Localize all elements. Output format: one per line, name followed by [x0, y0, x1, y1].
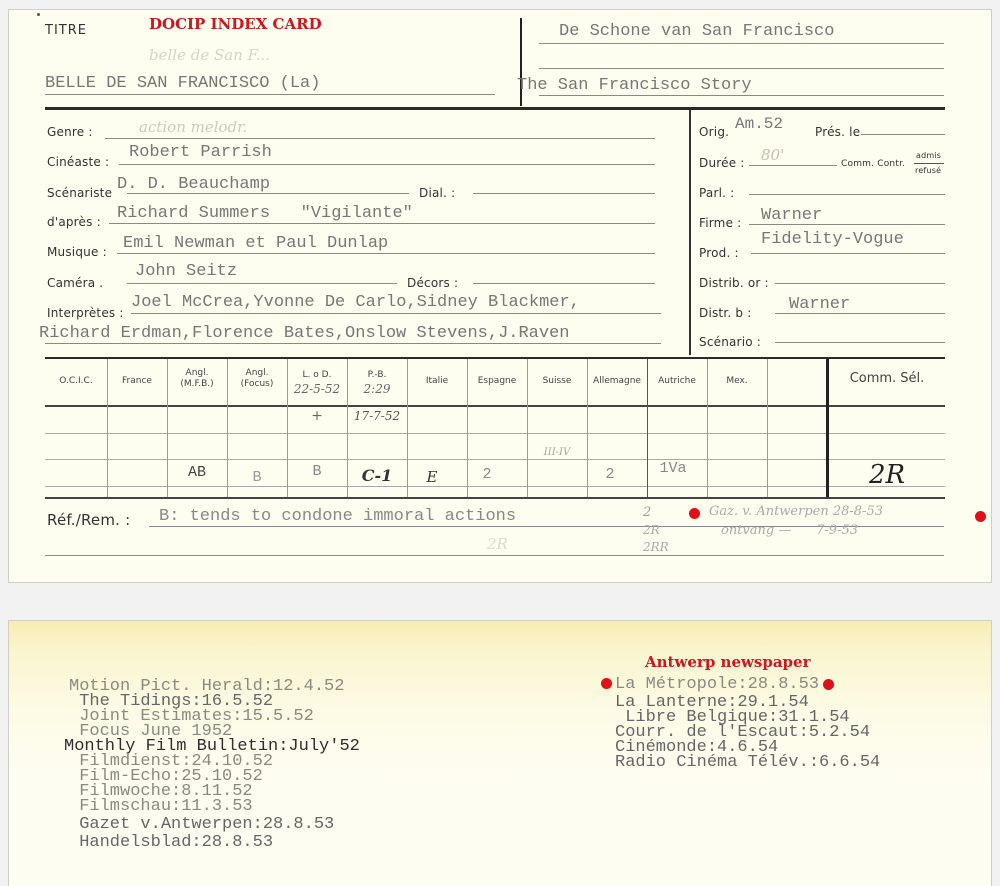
red-dot-marker: [975, 511, 986, 522]
cell-allemagne: 2: [587, 466, 633, 483]
handwritten-ontvang-note: ontvang — 7-9-53: [721, 523, 858, 538]
antwerp-annotation: Antwerp newspaper: [645, 653, 811, 671]
cell-lod: B: [287, 463, 347, 480]
rule: [45, 433, 945, 434]
genre-label: Genre :: [47, 125, 93, 139]
handwritten-gazet-note: Gaz. v. Antwerpen 28-8-53: [709, 504, 883, 519]
rule: [45, 94, 495, 95]
press-item: La Métropole:28.8.53: [615, 677, 819, 692]
musique-label: Musique :: [47, 245, 107, 259]
rule: [127, 283, 397, 284]
firme-value: Warner: [761, 206, 822, 225]
th-allemagne: Allemagne: [587, 376, 647, 387]
th-ocic: O.C.I.C.: [45, 376, 107, 387]
cell-angl-focus: B: [227, 469, 287, 486]
th-italie: Italie: [407, 376, 467, 387]
table-bottom-border: [45, 497, 945, 499]
rule: [117, 253, 655, 254]
handwritten-note-2r: 2R: [643, 523, 660, 537]
rule: [119, 164, 655, 165]
th-france: France: [107, 376, 167, 387]
rule: [45, 343, 661, 344]
distrib-or-label: Distrib. or :: [699, 276, 769, 290]
title-label: TITRE: [45, 23, 87, 38]
dutch-title: De Schone van San Francisco: [559, 22, 834, 41]
index-card-back: Antwerp newspaper Motion Pict. Herald:12…: [8, 620, 992, 886]
cell-espagne: 2: [467, 466, 507, 483]
rule: [131, 313, 661, 314]
prod-label: Prod. :: [699, 246, 739, 260]
header-divider: [45, 107, 945, 110]
pres-label: Prés. le: [815, 125, 860, 139]
cell-pb-row1: 17-7-52: [347, 409, 407, 423]
english-title: The San Francisco Story: [517, 76, 752, 95]
press-item-highlighted: La Métropole:28.8.53: [615, 677, 880, 692]
comm-contr-label: Comm. Contr.: [841, 159, 905, 169]
rule: [539, 95, 944, 96]
comm-contr-refuse: refusé: [915, 166, 941, 175]
th-angl-mfb: Angl. (M.F.B.): [174, 368, 220, 390]
rule: [127, 193, 409, 194]
rule: [749, 165, 837, 166]
orig-label: Orig.: [699, 125, 729, 139]
duree-label: Durée :: [699, 156, 745, 170]
handwritten-note-2rr: 2RR: [643, 540, 669, 554]
index-card-front: TITRE DOCIP INDEX CARD belle de San F...…: [8, 9, 992, 583]
cell-italie: E: [407, 468, 457, 486]
cell-pb: C-1: [347, 466, 407, 485]
rule: [775, 313, 945, 314]
distr-b-label: Distr. b :: [699, 306, 751, 320]
rule: [914, 163, 944, 164]
th-espagne: Espagne: [467, 376, 527, 387]
cell-lod-row1: +: [287, 408, 347, 424]
genre-value: action melodr.: [139, 118, 247, 136]
rule: [473, 193, 655, 194]
th-comm-sel: Comm. Sél.: [829, 373, 945, 384]
table-top-border: [45, 357, 945, 359]
press-item: Filmschau:11.3.53: [69, 799, 360, 814]
red-dot-marker: [689, 508, 700, 519]
th-pb: P.-B.: [347, 370, 407, 381]
rule: [539, 43, 944, 44]
orig-value: Am.52: [735, 115, 783, 133]
musique-value: Emil Newman et Paul Dunlap: [123, 234, 388, 253]
camera-value: John Seitz: [135, 262, 237, 281]
annotation-title: DOCIP INDEX CARD: [149, 15, 322, 33]
scenariste-value: D. D. Beauchamp: [117, 175, 270, 194]
interpretes-value-line2: Richard Erdman,Florence Bates,Onslow Ste…: [39, 324, 570, 343]
dial-label: Dial. :: [419, 186, 455, 200]
handwritten-faint-2r: 2R: [487, 535, 508, 553]
rule: [539, 68, 944, 69]
rule: [775, 342, 945, 343]
duree-value: 80': [761, 146, 784, 164]
decors-label: Décors :: [407, 276, 458, 290]
dapres-label: d'après :: [47, 215, 101, 229]
th-angl-focus: Angl. (Focus): [234, 368, 280, 390]
cell-comm-sel: 2R: [829, 460, 945, 490]
interpretes-value-line1: Joel McCrea,Yvonne De Carlo,Sidney Black…: [131, 293, 580, 312]
rule: [751, 253, 945, 254]
scenariste-label: Scénariste: [47, 186, 112, 200]
press-item: Radio Cinéma Télév.:6.6.54: [615, 755, 880, 770]
cineaste-value: Robert Parrish: [129, 143, 272, 162]
ink-speck: [37, 13, 40, 16]
remarks-value: B: tends to condone immoral actions: [159, 507, 516, 526]
th-autriche: Autriche: [647, 376, 707, 387]
fields-divider: [689, 110, 691, 355]
rule: [45, 486, 945, 487]
cell-angl-mfb: AB: [167, 464, 227, 481]
pb-note: 2:29: [347, 382, 407, 396]
title-pencil-note: belle de San F...: [149, 46, 270, 64]
rule: [45, 555, 944, 556]
firme-label: Firme :: [699, 216, 741, 230]
red-dot-marker: [823, 679, 834, 690]
camera-label: Caméra .: [47, 276, 103, 290]
press-item: Handelsblad:28.8.53: [69, 835, 360, 850]
press-list-right: La Métropole:28.8.53 La Lanterne:29.1.54…: [615, 677, 880, 770]
col-divider: [767, 359, 768, 497]
rule: [749, 194, 945, 195]
red-dot-marker: [601, 678, 612, 689]
th-lod: L. o D.: [287, 370, 347, 381]
press-list-left: Motion Pict. Herald:12.4.52 The Tidings:…: [69, 679, 360, 850]
handwritten-note-2: 2: [643, 505, 651, 520]
remarks-label: Réf./Rem. :: [47, 511, 130, 529]
rule: [749, 224, 945, 225]
cineaste-label: Cinéaste :: [47, 155, 109, 169]
rule: [105, 138, 655, 139]
rule: [109, 223, 655, 224]
original-title: BELLE DE SAN FRANCISCO (La): [45, 74, 320, 93]
scenario-label: Scénario :: [699, 335, 761, 349]
th-mex: Mex.: [707, 376, 767, 387]
lod-date-note: 22-5-52: [287, 382, 347, 396]
th-suisse: Suisse: [527, 376, 587, 387]
interpretes-label: Interprètes :: [47, 306, 124, 320]
prod-value: Fidelity-Vogue: [761, 230, 904, 249]
cell-autriche: 1Va: [647, 460, 699, 477]
dapres-value: Richard Summers "Vigilante": [117, 204, 413, 223]
rule: [473, 283, 655, 284]
cell-suisse-row3: III-IV: [527, 447, 587, 458]
table-header-border: [45, 405, 945, 407]
parl-label: Parl. :: [699, 186, 734, 200]
distr-b-value: Warner: [789, 295, 850, 314]
press-item: Gazet v.Antwerpen:28.8.53: [69, 817, 360, 832]
rule: [775, 283, 945, 284]
rule: [861, 134, 945, 135]
rule: [45, 459, 945, 460]
comm-contr-admis: admis: [916, 151, 941, 160]
